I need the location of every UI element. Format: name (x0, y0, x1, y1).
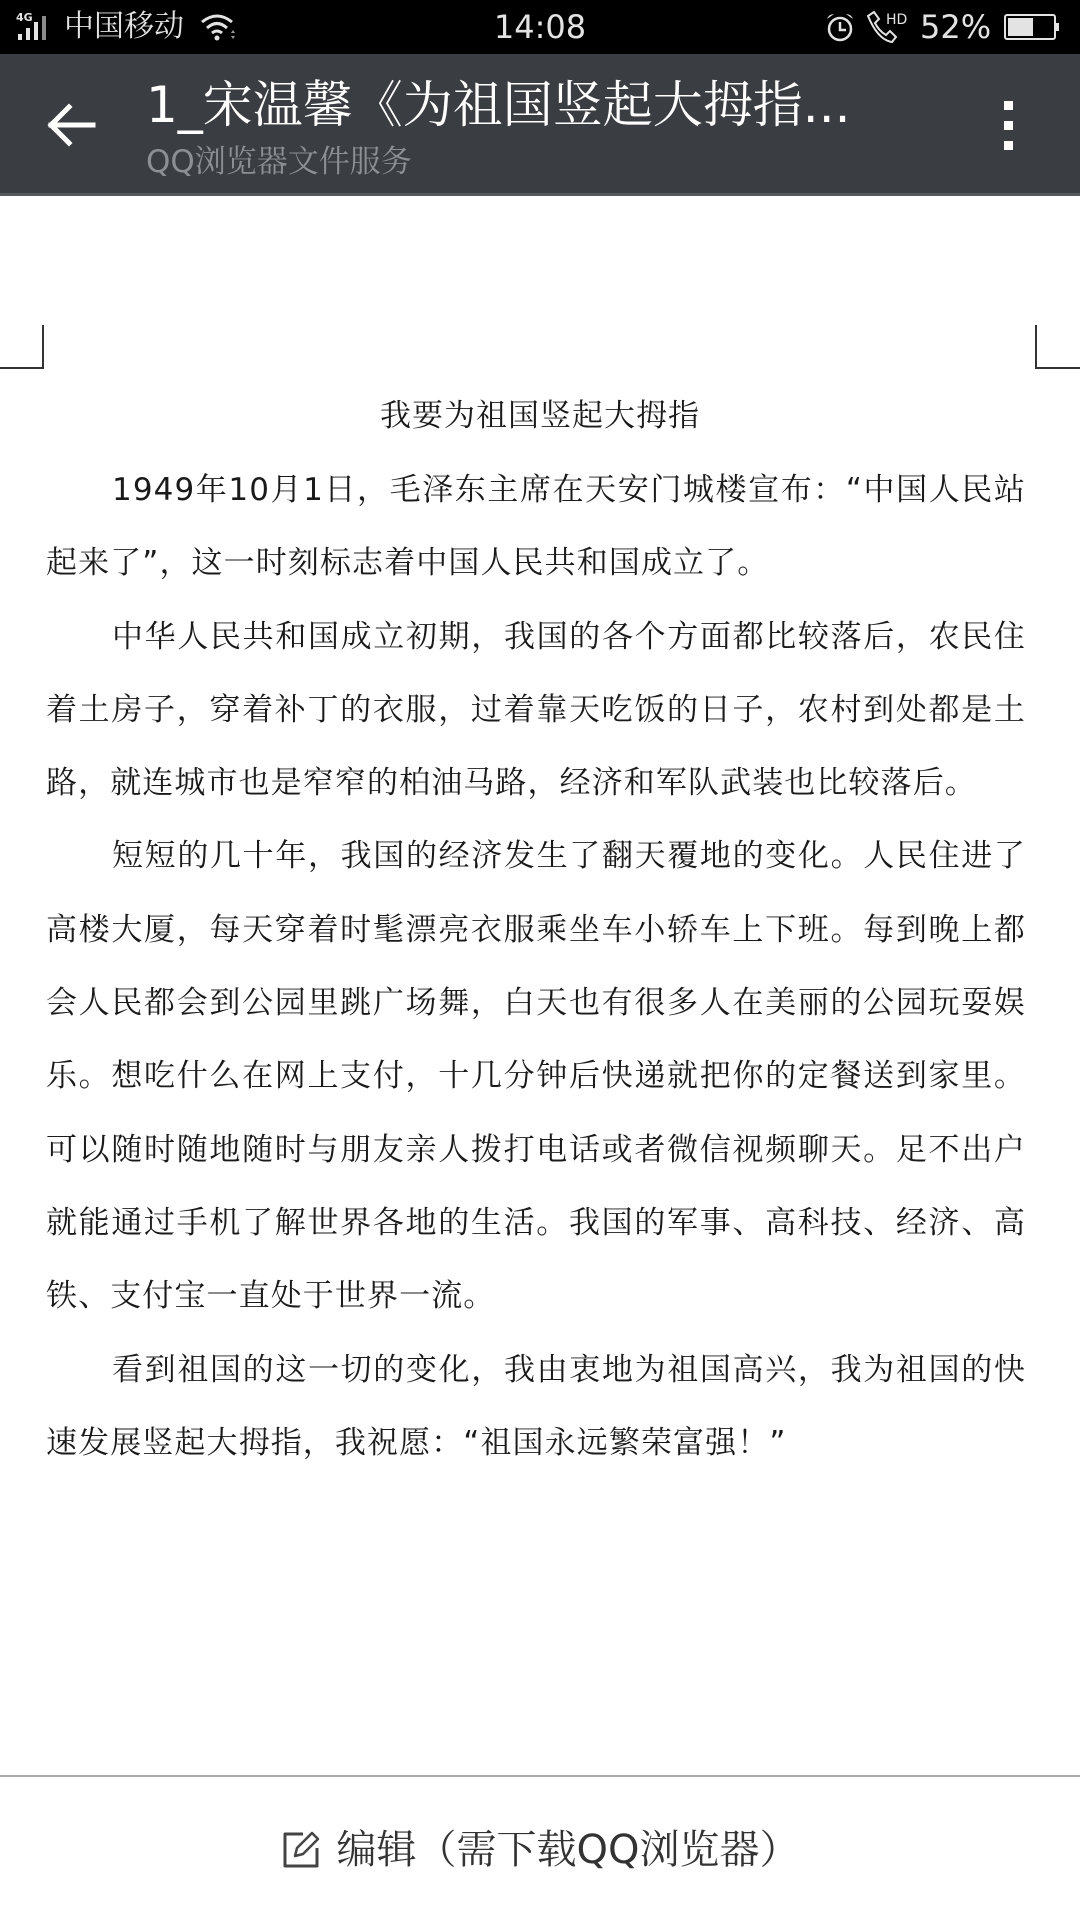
page-margin-mark-right (1035, 325, 1080, 369)
edit-button[interactable]: 编辑（需下载QQ浏览器） (0, 1777, 1080, 1920)
bottom-bar: 编辑（需下载QQ浏览器） (0, 1775, 1080, 1920)
paragraph: 看到祖国的这一切的变化，我由衷地为祖国高兴，我为祖国的快速发展竖起大拇指，我祝愿… (46, 1334, 1026, 1481)
paragraph: 短短的几十年，我国的经济发生了翻天覆地的变化。人民住进了高楼大厦，每天穿着时髦漂… (46, 820, 1026, 1333)
arrow-left-icon (47, 103, 97, 147)
more-options-button[interactable] (984, 90, 1032, 162)
battery-icon (1004, 14, 1060, 40)
alarm-icon (824, 12, 856, 42)
battery-percent: 52% (920, 8, 991, 46)
document-body: 1949年10月1日，毛泽东主席在天安门城楼宣布：“中国人民站起来了”，这一时刻… (46, 454, 1026, 1480)
service-subtitle: QQ浏览器文件服务 (146, 142, 412, 182)
svg-text:HD: HD (886, 12, 907, 28)
paragraph: 中华人民共和国成立初期，我国的各个方面都比较落后，农民住着土房子，穿着补丁的衣服… (46, 601, 1026, 821)
page-margin-mark-left (0, 325, 44, 369)
app-header: 1_宋温馨《为祖国竖起大拇指... QQ浏览器文件服务 (0, 54, 1080, 196)
edit-icon (281, 1830, 321, 1870)
back-button[interactable] (36, 92, 108, 158)
clock: 14:08 (0, 8, 1080, 46)
paragraph: 1949年10月1日，毛泽东主席在天安门城楼宣布：“中国人民站起来了”，这一时刻… (46, 454, 1026, 601)
hd-call-icon: HD (864, 10, 910, 44)
document-heading: 我要为祖国竖起大拇指 (0, 392, 1080, 440)
status-bar: 4G 中国移动 14:08 HD 52% (0, 0, 1080, 54)
document-title: 1_宋温馨《为祖国竖起大拇指... (146, 72, 886, 138)
edit-label: 编辑（需下载QQ浏览器） (337, 1825, 800, 1875)
document-viewer[interactable]: 我要为祖国竖起大拇指 1949年10月1日，毛泽东主席在天安门城楼宣布：“中国人… (0, 199, 1080, 1775)
